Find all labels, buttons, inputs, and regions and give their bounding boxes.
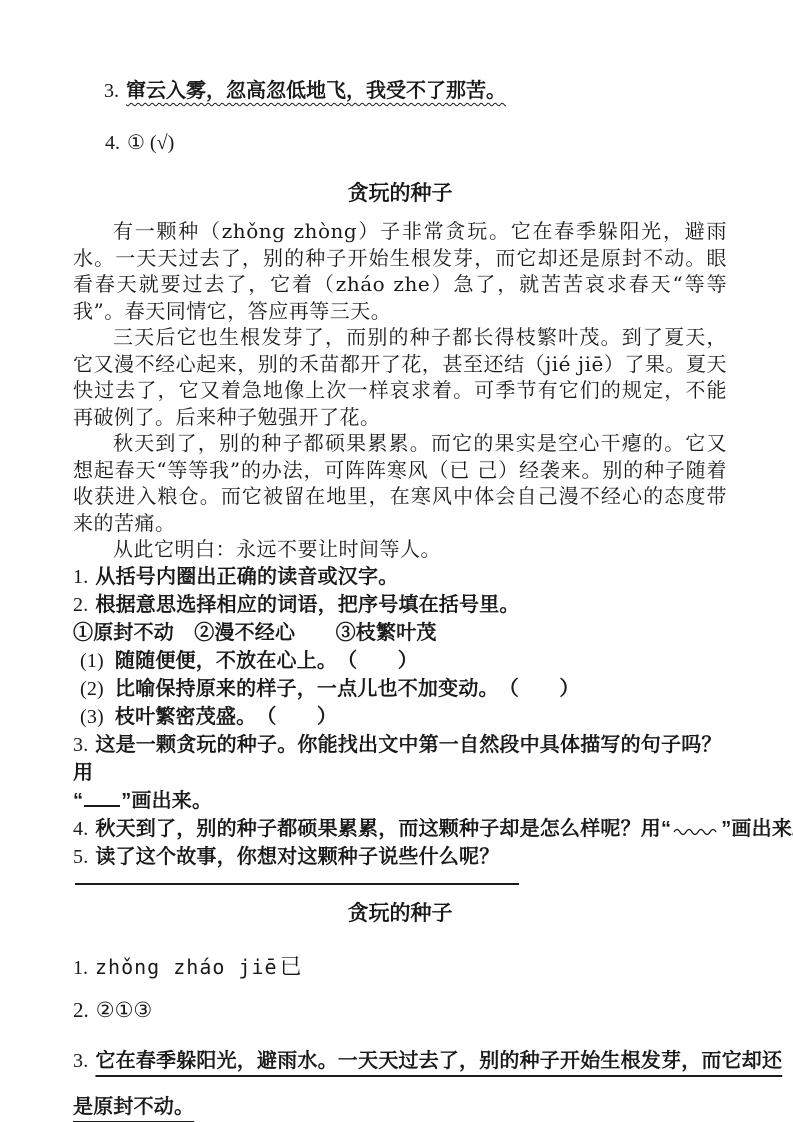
item-number: 4. (105, 132, 120, 154)
passage-title: 贪玩的种子 (73, 180, 727, 208)
answer-1-pinyin: zhǒng zháo jiē (95, 955, 278, 979)
sub-1-text: 随随便便，不放在心上。 (115, 650, 337, 672)
question-4-text: 秋天到了，别的种子都硕果累累，而这颗种子却是怎么样呢？用“ (95, 818, 671, 840)
question-5: 5.读了这个故事，你想对这颗种子说些什么呢？ (73, 843, 727, 871)
answer-2: 2.②①③ (73, 997, 727, 1024)
answer-brackets: （ ） (509, 678, 580, 700)
worksheet-page: 3.窜云入雾，忽高忽低地飞，我受不了那苦。 4.① (√) 贪玩的种子 有一颗种… (0, 0, 793, 1122)
answer-number: 2. (73, 998, 89, 1022)
question-number: 5. (73, 846, 88, 868)
straight-line-blank (84, 801, 120, 807)
question-number: 4. (73, 818, 88, 840)
item-number: 3. (104, 80, 119, 102)
question-3: 3.这是一颗贪玩的种子。你能找出文中第一自然段中具体描写的句子吗？用 “”画出来… (73, 731, 727, 815)
passage-paragraph-1: 有一颗种（zhǒng zhòng）子非常贪玩。它在春季躲阳光，避雨水。一天天过去… (73, 218, 727, 324)
answer-1-hanzi: 已 (280, 954, 302, 979)
sub-number: (2) (80, 678, 104, 700)
passage-paragraph-2: 三天后它也生根发芽了，而别的种子都长得枝繁叶茂。到了夏天，它又漫不经心起来，别的… (73, 324, 727, 430)
answer-3-text: 它在春季躲阳光，避雨水。一天天过去了，别的种子开始生根发芽，而它却还是原封不动。 (73, 1050, 782, 1118)
answer-brackets: （ ） (347, 650, 418, 672)
question-5-text: 读了这个故事，你想对这颗种子说些什么呢？ (95, 846, 499, 868)
passage-paragraph-4: 从此它明白：永远不要让时间等人。 (73, 536, 727, 563)
question-number: 2. (73, 594, 88, 616)
question-3-text: 这是一颗贪玩的种子。你能找出文中第一自然段中具体描写的句子吗？用 (73, 734, 722, 784)
question-2-sub-3: (3)枝叶繁密茂盛。（ ） (73, 703, 727, 731)
section-divider (75, 883, 519, 885)
answer-2-text: ②①③ (96, 999, 152, 1022)
question-2-sub-1: (1)随随便便，不放在心上。（ ） (73, 647, 727, 675)
answer-brackets: （ ） (266, 706, 337, 728)
prev-answer-item-3: 3.窜云入雾，忽高忽低地飞，我受不了那苦。 (104, 78, 727, 104)
answer-3: 3.它在春季躲阳光，避雨水。一天天过去了，别的种子开始生根发芽，而它却还是原封不… (73, 1038, 789, 1122)
answer-key-title: 贪玩的种子 (73, 900, 727, 928)
answer-1: 1.zhǒng zháo jiē已 (73, 954, 727, 981)
sub-number: (3) (80, 706, 104, 728)
question-1: 1.从括号内圈出正确的读音或汉字。 (73, 563, 727, 591)
question-2: 2.根据意思选择相应的词语，把序号填在括号里。 (73, 591, 727, 619)
passage-paragraph-3: 秋天到了，别的种子都硕果累累。而它的果实是空心干瘪的。它又想起春天“等等我”的办… (73, 430, 727, 536)
sub-2-text: 比喻保持原来的样子，一点儿也不加变动。 (115, 678, 499, 700)
sub-number: (1) (80, 650, 104, 672)
sub-3-text: 枝叶繁密茂盛。 (115, 706, 256, 728)
question-2-text: 根据意思选择相应的词语，把序号填在括号里。 (95, 594, 519, 616)
answer-number: 3. (73, 1050, 88, 1072)
reading-passage: 有一颗种（zhǒng zhòng）子非常贪玩。它在春季躲阳光，避雨水。一天天过去… (73, 218, 727, 563)
question-1-text: 从括号内圈出正确的读音或汉字。 (95, 566, 398, 588)
question-list: 1.从括号内圈出正确的读音或汉字。 2.根据意思选择相应的词语，把序号填在括号里… (73, 563, 727, 871)
prev-answer-item-4: 4.① (√) (105, 130, 727, 156)
answer-key-list: 1.zhǒng zháo jiē已 2.②①③ 3.它在春季躲阳光，避雨水。一天… (73, 954, 727, 1122)
wavy-line-blank (673, 818, 719, 840)
question-4-text-end: ”画出来。 (721, 818, 793, 840)
prev-answer-3-text: 窜云入雾，忽高忽低地飞，我受不了那苦。 (126, 80, 506, 102)
prev-answer-4-text: ① (√) (127, 132, 174, 154)
question-2-options: ①原封不动 ②漫不经心 ③枝繁叶茂 (73, 619, 727, 647)
question-2-sub-2: (2)比喻保持原来的样子，一点儿也不加变动。（ ） (73, 675, 727, 703)
question-number: 1. (73, 566, 88, 588)
question-number: 3. (73, 734, 88, 756)
question-3-text-end: ”画出来。 (121, 790, 212, 812)
answer-number: 1. (73, 957, 88, 979)
open-quote: “ (73, 790, 83, 812)
question-4: 4.秋天到了，别的种子都硕果累累，而这颗种子却是怎么样呢？用“”画出来。 (73, 815, 727, 843)
